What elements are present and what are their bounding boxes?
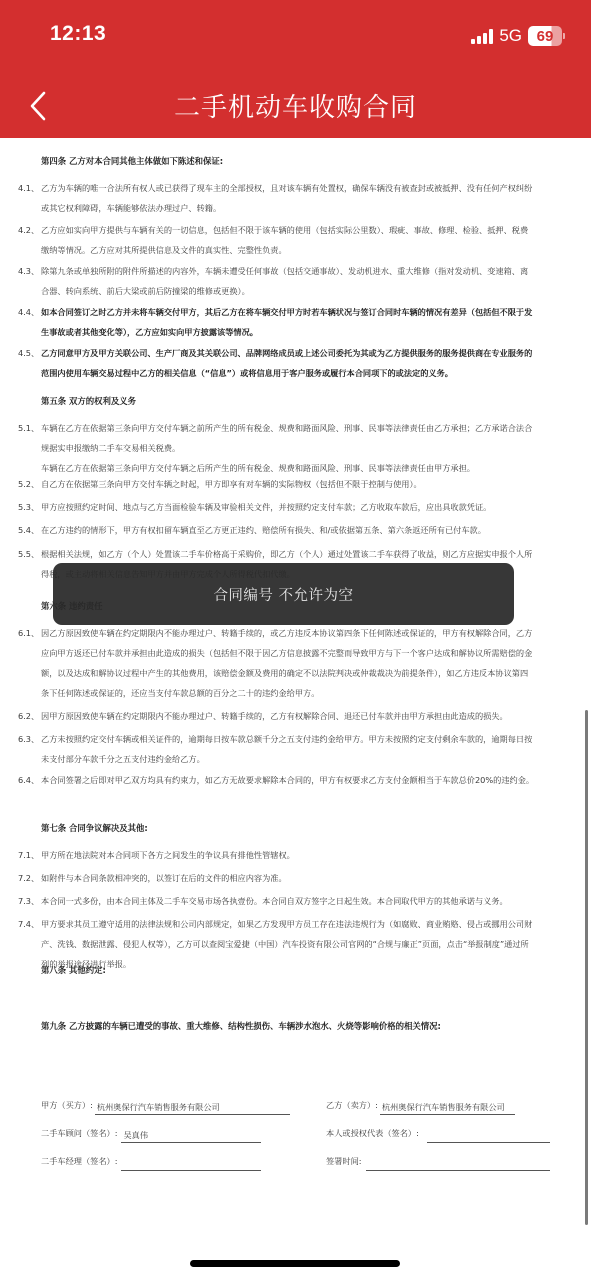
clause-4-4: 4.4、 如本合同签订之时乙方并未将车辆交付甲方，其后乙方在将车辆交付甲方时若车… <box>18 302 553 342</box>
advisor-field[interactable]: 吴真伟 <box>121 1127 261 1143</box>
clause-7-3: 7.3、 本合同一式多份，由本合同主体及二手车交易市场各执壹份。本合同自双方签字… <box>18 891 553 911</box>
nav-bar: 二手机动车收购合同 <box>0 75 591 137</box>
clause-6-3: 6.3、 乙方未按照约定交付车辆或相关证件的，逾期每日按车款总额千分之五支付违约… <box>18 729 553 769</box>
signal-bars-icon <box>471 28 493 44</box>
section-title-5: 第五条 双方的权利及义务 <box>41 391 136 411</box>
clause-4-5: 4.5、 乙方同意甲方及甲方关联公司、生产厂商及其关联公司、品牌网络成员或上述公… <box>18 343 553 383</box>
date-field[interactable] <box>366 1155 550 1171</box>
battery-icon: 69 <box>528 26 565 46</box>
app-header: 12:13 5G 69 二手机动车收购合同 <box>0 0 591 138</box>
battery-level: 69 <box>528 26 562 46</box>
rep-label: 本人或授权代表（签名）: <box>326 1123 419 1143</box>
manager-field[interactable] <box>121 1155 261 1171</box>
clause-5-2: 5.2、 自乙方在依据第三条向甲方交付车辆之时起，甲方即享有对车辆的实际物权（包… <box>18 474 553 494</box>
battery-tip <box>563 33 565 39</box>
clause-5-3: 5.3、 甲方应按照约定时间、地点与乙方当面检验车辆及审验相关文件，并按照约定支… <box>18 497 553 517</box>
buyer-label: 甲方（买方）: <box>41 1095 93 1115</box>
clause-7-1: 7.1、 甲方所在地法院对本合同项下各方之间发生的争议具有排他性管辖权。 <box>18 845 553 865</box>
advisor-label: 二手车顾问（签名）: <box>41 1123 117 1143</box>
buyer-signature-row: 甲方（买方）: 杭州奥保行汽车销售服务有限公司 <box>41 1095 290 1115</box>
clause-6-2: 6.2、 因甲方原因致使车辆在约定期限内不能办理过户、转籍手续的，乙方有权解除合… <box>18 706 553 726</box>
rep-signature-row: 本人或授权代表（签名）: <box>326 1123 550 1143</box>
network-type: 5G <box>499 26 522 46</box>
document-scrollbar[interactable] <box>585 710 588 1225</box>
manager-signature-row: 二手车经理（签名）: <box>41 1151 261 1171</box>
manager-label: 二手车经理（签名）: <box>41 1151 117 1171</box>
clause-7-2: 7.2、 如附件与本合同条款相冲突的，以签订在后的文件的相应内容为准。 <box>18 868 553 888</box>
buyer-field[interactable]: 杭州奥保行汽车销售服务有限公司 <box>95 1099 290 1115</box>
status-time: 12:13 <box>50 22 106 46</box>
clause-5-1: 5.1、 车辆在乙方在依据第三条向甲方交付车辆之前所产生的所有税金、规费和路面风… <box>18 418 553 478</box>
page-title: 二手机动车收购合同 <box>0 87 591 124</box>
status-bar: 12:13 5G 69 <box>0 0 591 75</box>
clause-6-4: 6.4、 本合同签署之后即对甲乙双方均具有约束力，如乙方无故要求解除本合同的，甲… <box>18 770 553 790</box>
clause-4-2: 4.2、 乙方应如实向甲方提供与车辆有关的一切信息，包括但不限于该车辆的使用（包… <box>18 220 553 260</box>
section-title-9: 第九条 乙方披露的车辆已遭受的事故、重大维修、结构性损伤、车辆涉水泡水、火烧等影… <box>41 1016 441 1036</box>
advisor-signature-row: 二手车顾问（签名）: 吴真伟 <box>41 1123 261 1143</box>
section-title-8: 第八条 其他约定: <box>41 960 106 980</box>
section-title-4: 第四条 乙方对本合同其他主体做如下陈述和保证: <box>41 151 223 171</box>
clause-6-1: 6.1、 因乙方原因致使车辆在约定期限内不能办理过户、转籍手续的，或乙方违反本协… <box>18 623 553 703</box>
home-indicator[interactable] <box>190 1260 400 1267</box>
seller-field[interactable]: 杭州奥保行汽车销售服务有限公司 <box>380 1099 515 1115</box>
seller-label: 乙方（卖方）: <box>326 1095 378 1115</box>
rep-field[interactable] <box>427 1127 550 1143</box>
seller-signature-row: 乙方（卖方）: 杭州奥保行汽车销售服务有限公司 <box>326 1095 515 1115</box>
toast-message: 合同编号 不允许为空 <box>213 584 353 605</box>
clause-5-4: 5.4、 在乙方违约的情形下，甲方有权扣留车辆直至乙方更正违约、赔偿所有损失、和… <box>18 520 553 540</box>
date-label: 签署时间: <box>326 1151 362 1171</box>
error-toast: 合同编号 不允许为空 <box>53 563 514 625</box>
date-signature-row: 签署时间: <box>326 1151 550 1171</box>
status-indicators: 5G 69 <box>471 26 565 46</box>
clause-4-1: 4.1、 乙方为车辆的唯一合法所有权人或已获得了现车主的全部授权，且对该车辆有处… <box>18 178 553 218</box>
contract-document[interactable]: 第四条 乙方对本合同其他主体做如下陈述和保证: 4.1、 乙方为车辆的唯一合法所… <box>0 138 591 1280</box>
clause-4-3: 4.3、 除第九条或单独所附的附件所描述的内容外，车辆未遭受任何事故（包括交通事… <box>18 261 553 301</box>
section-title-7: 第七条 合同争议解决及其他: <box>41 818 148 838</box>
